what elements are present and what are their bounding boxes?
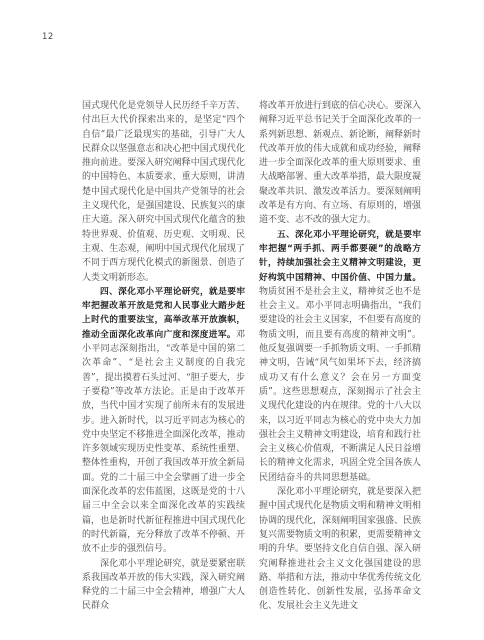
paragraph-text: 国式现代化是党领导人民历经千辛万苦、付出巨大代价探索出来的，是坚定“四个自信”最…: [82, 101, 245, 283]
document-page: 12 国式现代化是党领导人民历经千辛万苦、付出巨大代价探索出来的，是坚定“四个自…: [0, 0, 484, 640]
paragraph-continuation: 国式现代化是党领导人民历经千辛万苦、付出巨大代价探索出来的，是坚定“四个自信”最…: [82, 99, 245, 285]
paragraph-deepen-research: 深化邓小平理论研究，就是要紧密联系我国改革开放的伟大实践，深入研究阐释党的二十届…: [82, 557, 245, 614]
section-4-lead-bold-text: 四、深化邓小平理论研究，就是要牢牢把握改革开放是党和人民事业大踏步赶上时代的重要…: [82, 287, 245, 340]
section-5-lead-bold-text: 五、深化邓小平理论研究，就是要牢牢把握“两手抓、两手都要硬”的战略方针，持续加强…: [259, 230, 421, 283]
paragraph-section-5: 五、深化邓小平理论研究，就是要牢牢把握“两手抓、两手都要硬”的战略方针，持续加强…: [259, 228, 421, 485]
section-5-body-text: 物质贫困不是社会主义，精神贫乏也不是社会主义。邓小平同志明确指出，“我们要建设的…: [259, 287, 421, 483]
paragraph-text: 深化邓小平理论研究，就是要紧密联系我国改革开放的伟大实践，深入研究阐释党的二十届…: [82, 559, 245, 612]
paragraph-continuation: 将改革开放进行到底的信心决心。要深入阐释习近平总书记关于全面深化改革的一系列新思…: [259, 99, 421, 228]
paragraph-deepen-research: 深化邓小平理论研究，就是要深入把握中国式现代化是物质文明和精神文明相协调的现代化…: [259, 485, 421, 614]
text-column-left: 国式现代化是党领导人民历经千辛万苦、付出巨大代价探索出来的，是坚定“四个自信”最…: [82, 99, 245, 614]
paragraph-text: 深化邓小平理论研究，就是要深入把握中国式现代化是物质文明和精神文明相协调的现代化…: [259, 487, 421, 611]
section-4-body-text: 邓小平同志深刻指出，“改革是中国的第二次革命”、“是社会主义制度的自我完善”，提…: [82, 330, 245, 554]
page-number: 12: [42, 32, 54, 42]
text-column-right: 将改革开放进行到底的信心决心。要深入阐释习近平总书记关于全面深化改革的一系列新思…: [259, 99, 421, 614]
paragraph-text: 将改革开放进行到底的信心决心。要深入阐释习近平总书记关于全面深化改革的一系列新思…: [259, 101, 421, 225]
paragraph-section-4: 四、深化邓小平理论研究，就是要牢牢把握改革开放是党和人民事业大踏步赶上时代的重要…: [82, 285, 245, 557]
